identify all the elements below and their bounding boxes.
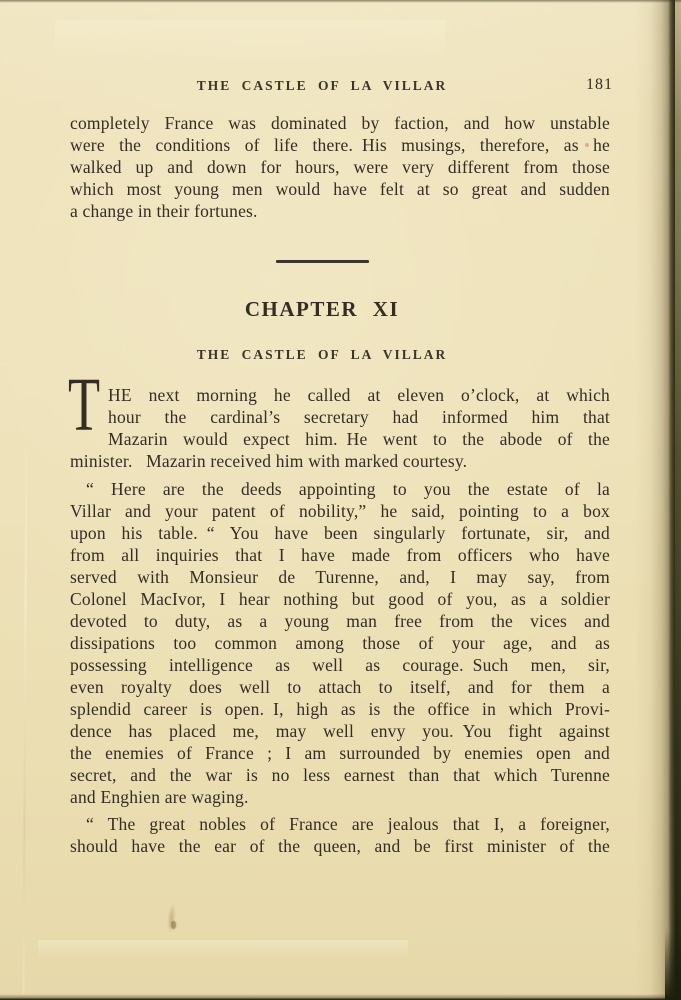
- paper-crease: [23, 430, 28, 994]
- opening-paragraph: THE next morning he called at eleven o’c…: [70, 384, 610, 472]
- section-divider-rule: [276, 260, 369, 263]
- scanned-book-page: { "page": { "paper_color": "#ede1b8", "i…: [0, 0, 681, 1000]
- text-line: walked up and down for hours, were very …: [70, 156, 610, 178]
- text-line: “ The great nobles of France are jealous…: [70, 813, 610, 835]
- text-line: Villar and your patent of nobility,” he …: [70, 500, 610, 522]
- text-line: dence has placed me, may well envy you. …: [70, 720, 610, 742]
- scan-edge-bottom: [0, 994, 681, 1000]
- page-paper: THE CASTLE OF LA VILLAR 181 completely F…: [0, 0, 677, 1000]
- text-line: devoted to duty, as a young man free fro…: [70, 610, 610, 632]
- text-line: which most young men would have felt at …: [70, 178, 610, 200]
- text-line: the enemies of France ; I am surrounded …: [70, 742, 610, 764]
- text-column: THE CASTLE OF LA VILLAR 181 completely F…: [70, 0, 610, 857]
- text-line: dissipations too common among those of y…: [70, 632, 610, 654]
- scan-light-band-bottom: [38, 940, 408, 958]
- scan-corner-bottom-right: [665, 930, 681, 1000]
- text-line: Mazarin would expect him. He went to the…: [108, 428, 610, 450]
- speech-paragraph: “ Here are the deeds appointing to you t…: [70, 478, 610, 808]
- chapter-subtitle: THE CASTLE OF LA VILLAR: [52, 347, 592, 362]
- book-edge-shadow-right: [650, 0, 681, 1000]
- drop-cap-letter: T: [70, 385, 103, 429]
- text-line: HE next morning he called at eleven o’cl…: [108, 384, 610, 406]
- scan-edge-top: [0, 0, 681, 3]
- text-line: should have the ear of the queen, and be…: [70, 835, 610, 857]
- text-line: Colonel MacIvor, I hear nothing but good…: [70, 588, 610, 610]
- text-line: were the conditions of life there. His m…: [70, 134, 610, 156]
- text-line: secret, and the war is no less earnest t…: [70, 764, 610, 786]
- text-line: a change in their fortunes.: [70, 200, 610, 222]
- text-line: splendid career is open. I, high as is t…: [70, 698, 610, 720]
- chapter-heading: CHAPTER XI: [52, 297, 592, 321]
- scan-stain: [164, 898, 179, 939]
- text-line: hour the cardinal’s secretary had inform…: [108, 406, 610, 428]
- page-header: THE CASTLE OF LA VILLAR 181: [70, 78, 610, 94]
- drop-cap-glyph: T: [68, 367, 100, 443]
- text-line: served with Monsieur de Turenne, and, I …: [70, 566, 610, 588]
- opening-paragraph-lines: HE next morning he called at eleven o’cl…: [70, 384, 610, 472]
- text-line: from all inquiries that I have made from…: [70, 544, 610, 566]
- intro-paragraph: completely France was dominated by facti…: [70, 112, 610, 222]
- text-line: possessing intelligence as well as coura…: [70, 654, 610, 676]
- text-line: completely France was dominated by facti…: [70, 112, 610, 134]
- scan-speck: [585, 143, 589, 147]
- text-line: minister. Mazarin received him with mark…: [70, 450, 610, 472]
- text-line: and Enghien are waging.: [70, 786, 610, 808]
- closing-paragraph: “ The great nobles of France are jealous…: [70, 813, 610, 857]
- text-line: “ Here are the deeds appointing to you t…: [70, 478, 610, 500]
- scan-stain-dot: [171, 921, 176, 929]
- page-number: 181: [586, 76, 613, 94]
- text-line: upon his table. “ You have been singular…: [70, 522, 610, 544]
- running-head: THE CASTLE OF LA VILLAR: [52, 78, 592, 94]
- text-line: even royalty does well to attach to itse…: [70, 676, 610, 698]
